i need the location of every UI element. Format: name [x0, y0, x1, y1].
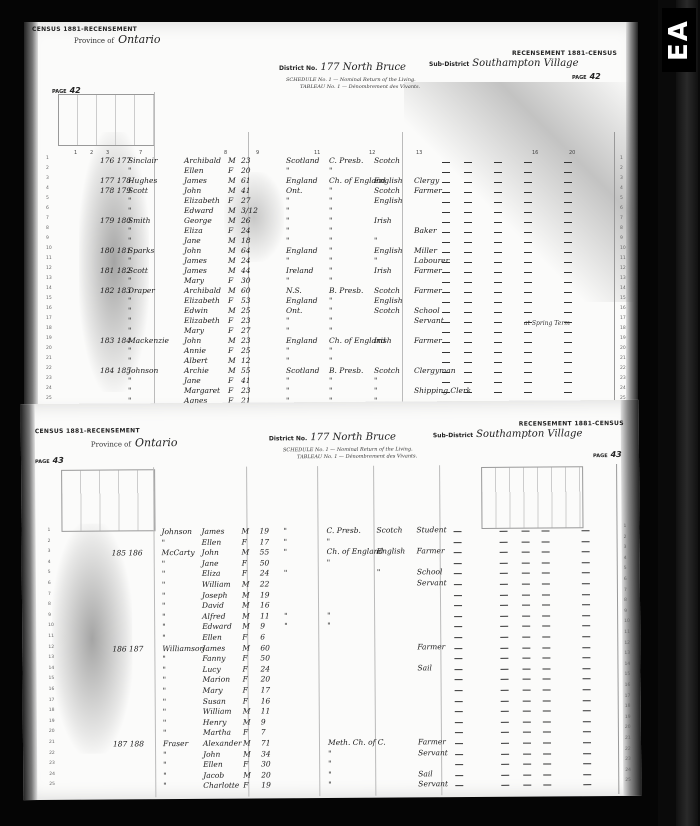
religion-cell: "	[327, 558, 331, 567]
given-name-cell: Jane	[184, 236, 201, 245]
birthplace-cell: "	[286, 226, 289, 235]
surname-cell: Scott	[128, 186, 148, 195]
given-name-cell: Mary	[203, 686, 223, 695]
surname-cell: "	[128, 316, 131, 325]
line-number: 11	[46, 256, 52, 261]
dwelling-number: 186 187	[112, 644, 143, 653]
origin-cell: "	[374, 386, 377, 395]
age-cell: 23	[241, 336, 251, 345]
surname-cell: "	[128, 386, 131, 395]
tally-mark	[542, 594, 550, 595]
surname-cell: "	[163, 718, 167, 727]
line-number: 21	[49, 740, 55, 745]
table-row: 13"MaryF30""13	[24, 276, 638, 286]
table-row: 20"AnnieF25""20	[24, 346, 638, 356]
given-name-cell: William	[203, 707, 232, 716]
age-cell: 9	[261, 717, 266, 726]
age-cell: 9	[260, 622, 265, 631]
subdistrict-label: Sub-District	[429, 61, 469, 68]
given-name-cell: Jane	[184, 376, 201, 385]
sex-cell: M	[243, 739, 251, 748]
tally-mark	[494, 192, 502, 193]
occupation-cell: Farmer	[414, 266, 442, 275]
line-number: 12	[46, 266, 52, 271]
given-name-cell: James	[201, 527, 224, 536]
birthplace-cell: Scotland	[286, 156, 319, 165]
occupation-cell: School	[417, 568, 443, 577]
tally-mark	[464, 232, 472, 233]
tally-mark	[524, 352, 532, 353]
tally-mark	[522, 573, 530, 574]
tally-mark	[464, 332, 472, 333]
birthplace-cell: England	[286, 176, 318, 185]
religion-cell: B. Presb.	[329, 366, 363, 375]
tally-mark	[501, 785, 509, 786]
tally-mark	[564, 352, 572, 353]
line-number: 18	[46, 326, 52, 331]
surname-cell: "	[128, 256, 131, 265]
age-cell: 17	[261, 685, 271, 694]
margin-note: at Spring Term	[524, 320, 570, 327]
age-cell: 19	[260, 590, 270, 599]
age-cell: 17	[260, 537, 270, 546]
line-number-right: 23	[625, 757, 631, 762]
sex-cell: F	[228, 276, 233, 285]
line-number: 22	[46, 366, 52, 371]
tally-mark	[501, 743, 509, 744]
line-number-right: 25	[625, 778, 631, 783]
tally-mark	[523, 690, 531, 691]
sex-cell: M	[228, 336, 236, 345]
line-number: 13	[48, 655, 54, 660]
age-cell: 23	[241, 386, 251, 395]
sex-cell: F	[228, 346, 233, 355]
census-rows: 1176 177SinclairArchibaldM23ScotlandC. P…	[24, 156, 638, 406]
surname-cell: "	[128, 226, 131, 235]
tally-mark	[564, 382, 572, 383]
tally-mark	[464, 392, 472, 393]
surname-cell: Johnson	[128, 366, 158, 375]
age-cell: 50	[260, 654, 270, 663]
given-name-cell: Eliza	[202, 569, 221, 578]
given-name-cell: John	[184, 186, 201, 195]
census-rows: 1JohnsonJamesM19"C. Presb.ScotchStudent1…	[21, 524, 641, 798]
birthplace-cell: N.S.	[286, 286, 302, 295]
line-number: 25	[49, 782, 55, 787]
given-name-cell: James	[184, 176, 207, 185]
surname-cell: "	[162, 570, 166, 579]
tally-mark	[464, 312, 472, 313]
tally-mark	[442, 252, 450, 253]
tally-mark	[454, 531, 462, 532]
line-number: 23	[46, 376, 52, 381]
tally-mark	[524, 232, 532, 233]
age-cell: 44	[241, 266, 251, 275]
tally-mark	[454, 669, 462, 670]
tally-mark	[582, 615, 590, 616]
tally-mark	[543, 721, 551, 722]
tally-mark	[524, 202, 532, 203]
given-name-cell: Edwin	[184, 306, 208, 315]
surname-cell: Mackenzie	[128, 336, 169, 345]
tally-mark	[542, 530, 550, 531]
tally-mark	[542, 615, 550, 616]
surname-cell: "	[162, 538, 166, 547]
birthplace-cell: "	[286, 206, 289, 215]
tally-mark	[500, 584, 508, 585]
sex-cell: F	[228, 296, 233, 305]
dwelling-number: 180 181	[100, 246, 131, 255]
line-number: 1	[46, 156, 49, 161]
line-number: 20	[46, 346, 52, 351]
line-number: 6	[46, 206, 49, 211]
tally-mark	[523, 743, 531, 744]
birthplace-cell: Ont.	[286, 186, 302, 195]
sex-cell: M	[242, 622, 250, 631]
birthplace-cell: Ireland	[286, 266, 314, 275]
origin-cell: "	[374, 236, 377, 245]
surname-cell: "	[163, 750, 167, 759]
line-number-right: 5	[620, 196, 623, 201]
surname-cell: "	[128, 276, 131, 285]
sex-cell: F	[242, 569, 247, 578]
tally-mark	[442, 342, 450, 343]
sex-cell: M	[243, 749, 251, 758]
given-name-cell: Elizabeth	[184, 296, 220, 305]
tally-mark	[564, 232, 572, 233]
subdistrict-field: Sub-DistrictSouthampton Village	[429, 58, 579, 69]
line-number-right: 7	[624, 588, 627, 593]
origin-cell: Scotch	[374, 156, 400, 165]
tally-mark	[583, 700, 591, 701]
sex-cell: M	[242, 580, 250, 589]
tally-mark	[454, 573, 462, 574]
origin-cell: English	[374, 176, 403, 185]
tally-mark	[464, 202, 472, 203]
line-number: 10	[48, 623, 54, 628]
origin-cell: Irish	[374, 266, 392, 275]
sex-cell: M	[228, 176, 236, 185]
dwelling-number: 187 188	[113, 739, 144, 748]
tally-mark	[494, 222, 502, 223]
origin-cell: Scotch	[374, 186, 400, 195]
birthplace-cell: "	[286, 256, 289, 265]
age-cell: 24	[260, 569, 270, 578]
tally-mark	[543, 785, 551, 786]
line-number: 16	[49, 687, 55, 692]
tally-mark	[542, 636, 550, 637]
tally-mark	[582, 530, 590, 531]
tally-mark	[524, 302, 532, 303]
sex-cell: F	[228, 226, 233, 235]
tally-mark	[501, 722, 509, 723]
tally-mark	[524, 162, 532, 163]
origin-cell: Scotch	[376, 525, 402, 534]
tally-mark	[524, 332, 532, 333]
origin-cell: English	[374, 196, 403, 205]
sex-cell: F	[243, 696, 248, 705]
line-number: 4	[46, 186, 49, 191]
sex-cell: M	[228, 156, 236, 165]
line-number-right: 13	[624, 651, 630, 656]
line-number-right: 5	[624, 566, 627, 571]
religion-cell: Meth. Ch. of C.	[328, 738, 386, 747]
surname-cell: "	[163, 707, 167, 716]
table-row: 18"MaryF27""18	[24, 326, 638, 336]
tally-mark	[583, 710, 591, 711]
tally-mark	[500, 605, 508, 606]
occupation-cell: Farmer	[418, 737, 446, 746]
given-name-cell: Edward	[184, 206, 214, 215]
sex-cell: F	[242, 558, 247, 567]
line-number: 3	[48, 549, 51, 554]
tally-mark	[464, 182, 472, 183]
tally-mark	[500, 616, 508, 617]
birthplace-cell: "	[286, 376, 289, 385]
tally-mark	[464, 352, 472, 353]
tally-mark	[542, 583, 550, 584]
birthplace-cell: Ont.	[286, 306, 302, 315]
occupation-cell: Farmer	[417, 642, 445, 651]
tally-mark	[522, 647, 530, 648]
surname-cell: "	[128, 206, 131, 215]
given-name-cell: Jane	[202, 559, 219, 568]
religion-cell: C. Presb.	[329, 156, 363, 165]
age-cell: 22	[260, 579, 270, 588]
table-row: 5"ElizabethF27""English5	[24, 196, 638, 206]
given-name-cell: Edward	[202, 622, 232, 631]
tally-mark	[464, 292, 472, 293]
line-number: 24	[46, 386, 52, 391]
line-number: 14	[46, 286, 52, 291]
tally-mark	[582, 594, 590, 595]
film-edge: EA	[658, 0, 700, 826]
sex-cell: F	[228, 376, 233, 385]
origin-cell: "	[374, 376, 377, 385]
sex-cell: M	[243, 717, 251, 726]
given-name-cell: Marion	[203, 675, 231, 684]
occupation-cell: Farmer	[417, 546, 445, 555]
religion-cell: "	[329, 196, 332, 205]
given-name-cell: Susan	[203, 696, 226, 705]
line-number: 5	[46, 196, 49, 201]
line-number-right: 1	[623, 524, 626, 529]
tally-mark	[524, 222, 532, 223]
birthplace-cell: "	[286, 236, 289, 245]
line-number: 23	[49, 761, 55, 766]
tally-mark	[464, 322, 472, 323]
tally-mark	[494, 302, 502, 303]
tally-mark	[494, 352, 502, 353]
sex-cell: F	[228, 316, 233, 325]
schedule-title-fr: TABLEAU No. 1 — Dénombrement des Vivants…	[297, 453, 417, 460]
line-number-right: 10	[624, 619, 630, 624]
birthplace-cell: "	[283, 526, 287, 535]
tally-mark	[442, 212, 450, 213]
tally-mark	[524, 242, 532, 243]
religion-cell: "	[328, 749, 332, 758]
tally-mark	[500, 573, 508, 574]
line-number: 11	[48, 634, 54, 639]
schedule-title: SCHEDULE No. 1 — Nominal Return of the L…	[283, 446, 413, 453]
tally-mark	[454, 542, 462, 543]
surname-cell: "	[128, 196, 131, 205]
birthplace-cell: "	[284, 569, 288, 578]
census-label-left: CENSUS 1881-RECENSEMENT	[35, 427, 140, 435]
tally-mark	[564, 272, 572, 273]
given-name-cell: Alfred	[202, 612, 225, 621]
surname-cell: "	[128, 296, 131, 305]
tally-mark	[494, 162, 502, 163]
line-number-right: 14	[624, 662, 630, 667]
tally-mark	[494, 292, 502, 293]
age-cell: 3/12	[241, 206, 258, 215]
tally-mark	[501, 764, 509, 765]
district-field: District No.177 North Bruce	[269, 432, 396, 444]
given-name-cell: Jacob	[203, 771, 224, 780]
age-cell: 50	[260, 558, 270, 567]
occupation-cell: Clergyman	[414, 366, 456, 375]
tally-mark	[564, 332, 572, 333]
religion-cell: "	[329, 186, 332, 195]
tally-mark	[524, 372, 532, 373]
line-number: 8	[48, 602, 51, 607]
tally-mark	[522, 668, 530, 669]
line-number: 10	[46, 246, 52, 251]
religion-cell: "	[329, 346, 332, 355]
occupation-cell: Labourer	[414, 256, 449, 265]
religion-cell: "	[329, 166, 332, 175]
schedule-title-fr: TABLEAU No. 1 — Dénombrement des Vivants…	[300, 84, 420, 90]
line-number: 17	[46, 316, 52, 321]
tally-mark	[543, 679, 551, 680]
age-cell: 60	[241, 286, 251, 295]
birthplace-cell: "	[286, 196, 289, 205]
tally-mark	[522, 605, 530, 606]
tally-mark	[464, 362, 472, 363]
tally-mark	[464, 222, 472, 223]
age-cell: 30	[261, 760, 271, 769]
page-number: 43	[611, 450, 622, 459]
tally-mark	[442, 382, 450, 383]
surname-cell: "	[162, 654, 166, 663]
given-name-cell: Fanny	[202, 654, 225, 663]
religion-cell: "	[328, 770, 332, 779]
religion-cell: Ch. of England	[327, 547, 384, 556]
line-number-right: 12	[624, 641, 630, 646]
line-number-right: 10	[620, 246, 626, 251]
tally-mark	[455, 701, 463, 702]
line-number-right: 18	[625, 704, 631, 709]
origin-cell: English	[377, 547, 406, 556]
surname-cell: "	[162, 623, 166, 632]
tally-mark	[501, 775, 509, 776]
age-cell: 24	[260, 664, 270, 673]
line-number-right: 6	[624, 577, 627, 582]
tally-mark	[464, 212, 472, 213]
tally-mark	[455, 722, 463, 723]
sex-cell: F	[242, 654, 247, 663]
surname-cell: "	[128, 326, 131, 335]
surname-cell: Smith	[128, 216, 151, 225]
sex-cell: F	[228, 196, 233, 205]
age-cell: 30	[241, 276, 251, 285]
religion-cell: "	[329, 386, 332, 395]
tally-mark	[501, 711, 509, 712]
given-name-cell: William	[202, 580, 231, 589]
tally-mark	[524, 262, 532, 263]
province-value: Ontario	[118, 33, 160, 46]
sex-cell: M	[241, 527, 249, 536]
given-name-cell: Alexander	[203, 739, 242, 748]
sex-cell: M	[228, 186, 236, 195]
tally-mark	[543, 700, 551, 701]
line-number-right: 1	[620, 156, 623, 161]
origin-cell: Scotch	[374, 306, 400, 315]
occupation-cell: Clergy	[414, 176, 439, 185]
surname-cell: "	[162, 591, 166, 600]
religion-cell: "	[329, 296, 332, 305]
district-label: District No.	[269, 435, 307, 442]
province-label: Province of	[91, 440, 131, 448]
line-number: 12	[48, 645, 54, 650]
occupation-cell: Student	[416, 525, 446, 534]
census-page-bottom: CENSUS 1881-RECENSEMENT Province ofOntar…	[21, 400, 642, 800]
table-row: 14182 183DraperArchibaldM60N.S.B. Presb.…	[24, 286, 638, 296]
tally-mark	[542, 668, 550, 669]
province-field: Province ofOntario	[74, 33, 161, 46]
line-number-right: 4	[620, 186, 623, 191]
occupation-cell: Servant	[418, 748, 448, 757]
surname-cell: Johnson	[161, 527, 191, 536]
tally-mark	[564, 162, 572, 163]
sex-cell: M	[228, 366, 236, 375]
surname-cell: Sparks	[128, 246, 154, 255]
sex-cell: M	[243, 707, 251, 716]
tally-mark	[524, 312, 532, 313]
dwelling-number: 178 179	[100, 186, 131, 195]
tally-mark	[500, 531, 508, 532]
tally-mark	[442, 292, 450, 293]
line-number-right: 3	[624, 545, 627, 550]
surname-cell: "	[128, 306, 131, 315]
tally-mark	[582, 668, 590, 669]
tally-mark	[455, 785, 463, 786]
tally-mark	[522, 615, 530, 616]
surname-cell: "	[163, 760, 167, 769]
line-number: 9	[48, 613, 51, 618]
age-cell: 27	[241, 326, 251, 335]
age-cell: 19	[261, 781, 271, 790]
tally-mark	[442, 302, 450, 303]
tally-mark	[464, 342, 472, 343]
surname-cell: "	[163, 782, 167, 791]
age-cell: 16	[260, 601, 270, 610]
line-number-right: 16	[625, 683, 631, 688]
table-row: 6"EdwardM3/12""6	[24, 206, 638, 216]
occupation-cell: Servant	[417, 578, 447, 587]
tally-mark	[464, 172, 472, 173]
age-cell: 55	[241, 366, 251, 375]
table-row: 11"JamesM24"""Labourer11	[24, 256, 638, 266]
surname-cell: "	[162, 665, 166, 674]
table-row: 1176 177SinclairArchibaldM23ScotlandC. P…	[24, 156, 638, 166]
line-number-right: 20	[620, 346, 626, 351]
tally-mark	[454, 552, 462, 553]
tally-mark	[523, 732, 531, 733]
age-cell: 25	[241, 346, 251, 355]
given-name-cell: Mary	[184, 276, 204, 285]
